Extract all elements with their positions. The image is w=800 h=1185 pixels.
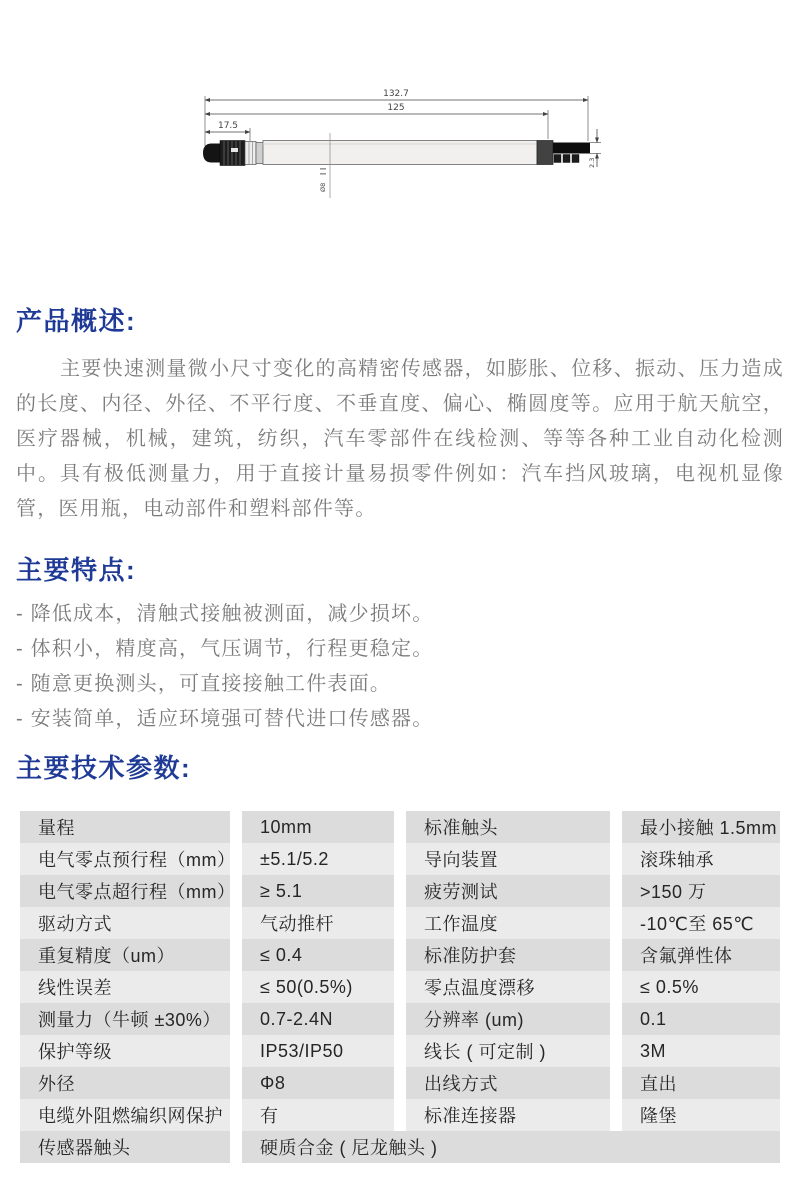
spec-value: ≤ 50(0.5%) <box>242 971 394 1003</box>
probe-step <box>256 143 263 164</box>
spec-value: ≥ 5.1 <box>242 875 394 907</box>
spec-value: 直出 <box>622 1067 780 1099</box>
spec-label: 标准触头 <box>406 811 610 843</box>
spec-row: 电缆外阻燃编织网保护 有 标准连接器 隆堡 <box>20 1099 780 1131</box>
feature-item: - 体积小，精度高，气压调节，行程更稳定。 <box>16 632 784 667</box>
feature-item: - 安装简单，适应环境强可替代进口传感器。 <box>16 702 784 737</box>
spec-label: 电缆外阻燃编织网保护 <box>20 1099 230 1131</box>
spec-label: 保护等级 <box>20 1035 230 1067</box>
spec-value: ≤ 0.4 <box>242 939 394 971</box>
spec-label: 工作温度 <box>406 907 610 939</box>
spec-label: 量程 <box>20 811 230 843</box>
spec-label: 标准防护套 <box>406 939 610 971</box>
spec-value: 0.1 <box>622 1003 780 1035</box>
spec-row: 线性误差 ≤ 50(0.5%) 零点温度漂移 ≤ 0.5% <box>20 971 780 1003</box>
probe-thread-highlight <box>231 148 238 152</box>
spec-label: 重复精度（um） <box>20 939 230 971</box>
dim-cable-label: 2.3 <box>588 158 596 168</box>
probe-collar <box>245 142 256 165</box>
spec-label: 电气零点预行程（mm） <box>20 843 230 875</box>
spec-label: 线性误差 <box>20 971 230 1003</box>
spec-value: -10℃至 65℃ <box>622 907 780 939</box>
spec-label: 测量力（牛顿 ±30%） <box>20 1003 230 1035</box>
dim-total-label: 132.7 <box>383 89 409 99</box>
features-list: - 降低成本，清触式接触被测面，减少损坏。 - 体积小，精度高，气压调节，行程更… <box>16 597 784 737</box>
specs-heading: 主要技术参数: <box>16 751 784 785</box>
spec-row: 重复精度（um） ≤ 0.4 标准防护套 含氟弹性体 <box>20 939 780 971</box>
spec-label: 出线方式 <box>406 1067 610 1099</box>
feature-item: - 随意更换测头，可直接接触工件表面。 <box>16 667 784 702</box>
overview-paragraph: 主要快速测量微小尺寸变化的高精密传感器，如膨胀、位移、振动、压力造成的长度、内径… <box>16 352 784 527</box>
spec-value: ±5.1/5.2 <box>242 843 394 875</box>
spec-label: 驱动方式 <box>20 907 230 939</box>
dim-diameter-label: Ø8 <box>319 183 327 192</box>
spec-value: 3M <box>622 1035 780 1067</box>
spec-label: 疲劳测试 <box>406 875 610 907</box>
page-content: 产品概述: 主要快速测量微小尺寸变化的高精密传感器，如膨胀、位移、振动、压力造成… <box>0 304 800 1163</box>
features-heading: 主要特点: <box>16 553 784 587</box>
spec-row: 传感器触头 硬质合金 ( 尼龙触头 ) <box>20 1131 780 1163</box>
spec-value: 含氟弹性体 <box>622 939 780 971</box>
spec-row: 驱动方式 气动推杆 工作温度 -10℃至 65℃ <box>20 907 780 939</box>
overview-heading: 产品概述: <box>16 304 784 338</box>
spec-value: IP53/IP50 <box>242 1035 394 1067</box>
specs-table: 量程 10mm 标准触头 最小接触 1.5mm 电气零点预行程（mm） ±5.1… <box>20 811 780 1163</box>
spec-value: 滚珠轴承 <box>622 843 780 875</box>
spec-value: Φ8 <box>242 1067 394 1099</box>
technical-drawing: 132.7 125 17.5 Ø8 2.3 <box>0 0 800 250</box>
spec-row: 保护等级 IP53/IP50 线长 ( 可定制 ) 3M <box>20 1035 780 1067</box>
probe-cable-ribs <box>554 155 579 163</box>
probe-tip <box>203 144 220 163</box>
spec-label: 导向装置 <box>406 843 610 875</box>
spec-value: 最小接触 1.5mm <box>622 811 780 843</box>
probe-cable <box>553 143 590 154</box>
spec-row: 电气零点预行程（mm） ±5.1/5.2 导向装置 滚珠轴承 <box>20 843 780 875</box>
spec-value: 有 <box>242 1099 394 1131</box>
spec-value: 0.7-2.4N <box>242 1003 394 1035</box>
dim-body-label: 125 <box>387 103 404 113</box>
spec-value: 硬质合金 ( 尼龙触头 ) <box>242 1131 780 1163</box>
dim-tip-label: 17.5 <box>218 121 238 131</box>
spec-row: 电气零点超行程（mm） ≥ 5.1 疲劳测试 >150 万 <box>20 875 780 907</box>
probe-endcap <box>537 141 553 165</box>
spec-label: 零点温度漂移 <box>406 971 610 1003</box>
spec-row: 量程 10mm 标准触头 最小接触 1.5mm <box>20 811 780 843</box>
spec-value: 10mm <box>242 811 394 843</box>
spec-label: 分辨率 (um) <box>406 1003 610 1035</box>
spec-value: 气动推杆 <box>242 907 394 939</box>
spec-row: 测量力（牛顿 ±30%） 0.7-2.4N 分辨率 (um) 0.1 <box>20 1003 780 1035</box>
feature-item: - 降低成本，清触式接触被测面，减少损坏。 <box>16 597 784 632</box>
spec-value: >150 万 <box>622 875 780 907</box>
spec-value: 隆堡 <box>622 1099 780 1131</box>
spec-label: 电气零点超行程（mm） <box>20 875 230 907</box>
spec-label: 线长 ( 可定制 ) <box>406 1035 610 1067</box>
spec-value: ≤ 0.5% <box>622 971 780 1003</box>
spec-row: 外径 Φ8 出线方式 直出 <box>20 1067 780 1099</box>
spec-label: 外径 <box>20 1067 230 1099</box>
spec-label: 传感器触头 <box>20 1131 230 1163</box>
spec-label: 标准连接器 <box>406 1099 610 1131</box>
